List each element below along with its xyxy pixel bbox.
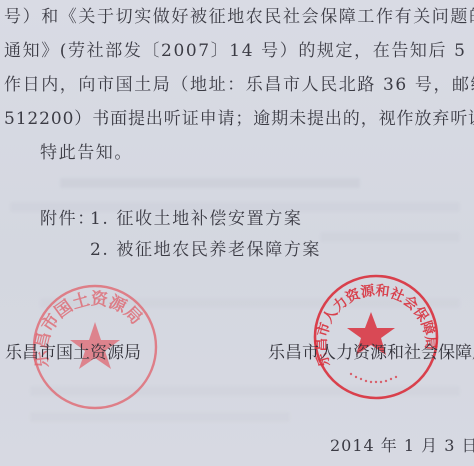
seal-serial-dots xyxy=(350,373,397,383)
official-seal-human-resources: 乐昌市人力资源和社会保障局 xyxy=(311,272,441,402)
attachments-label: 附件： xyxy=(40,209,96,229)
bleed-through-mark xyxy=(40,298,460,308)
bleed-through-mark xyxy=(60,178,360,188)
body-line-3: 作日内，向市国土局（地址：乐昌市人民北路 36 号，邮编： xyxy=(4,75,474,95)
attachment-item-1: 1. 征收土地补偿安置方案 xyxy=(90,209,302,229)
bleed-through-mark xyxy=(30,386,460,396)
closing-text: 特此告知。 xyxy=(40,143,133,163)
attachment-item-2: 2. 被征地农民养老保障方案 xyxy=(90,240,321,260)
body-line-4: 512200）书面提出听证申请；逾期未提出的，视作放弃听证。 xyxy=(4,109,474,129)
scanned-document-page: 号）和《关于切实做好被征地农民社会保障工作有关问题的 通知》(劳社部发〔2007… xyxy=(0,0,474,466)
signatory-human-resources-bureau: 乐昌市人力资源和社会保障局 xyxy=(268,343,474,363)
document-date: 2014 年 1 月 3 日 xyxy=(330,436,474,456)
body-line-2: 通知》(劳社部发〔2007〕14 号）的规定，在告知后 5 个工 xyxy=(4,41,474,61)
seal-icon: 乐昌市人力资源和社会保障局 xyxy=(311,272,441,402)
bleed-through-mark xyxy=(30,412,290,422)
bleed-through-mark xyxy=(320,232,460,242)
signatory-land-resources-bureau: 乐昌市国土资源局 xyxy=(5,343,141,363)
body-line-1: 号）和《关于切实做好被征地农民社会保障工作有关问题的 xyxy=(4,7,474,27)
